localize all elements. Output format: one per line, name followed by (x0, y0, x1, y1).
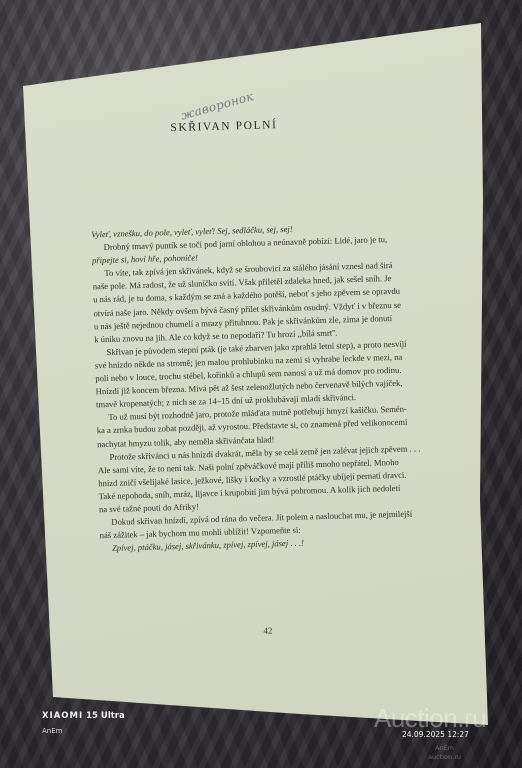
handwritten-note: жаворонок (179, 89, 255, 123)
camera-model: 15 Ultra (86, 711, 125, 721)
book-page: жаворонок SKŘIVAN POLNÍ Vyleť, vznešku, … (0, 0, 522, 768)
photographer-name: AnEm (42, 727, 62, 735)
watermark-sub: AnEm auction.ru (428, 744, 461, 762)
page-title: SKŘIVAN POLNÍ (170, 119, 277, 134)
camera-watermark: XIAOMI 15 Ultra (42, 711, 125, 721)
page-number: 42 (263, 625, 272, 635)
photo-timestamp: 24.09.2025 12:27 (402, 730, 469, 739)
body-text: Vyleť, vznešku, do pole, vyleť, vyleť! S… (91, 218, 472, 556)
camera-brand: XIAOMI (42, 711, 83, 721)
watermark-site: auction.ru (428, 753, 461, 762)
watermark-user: AnEm (428, 744, 461, 753)
